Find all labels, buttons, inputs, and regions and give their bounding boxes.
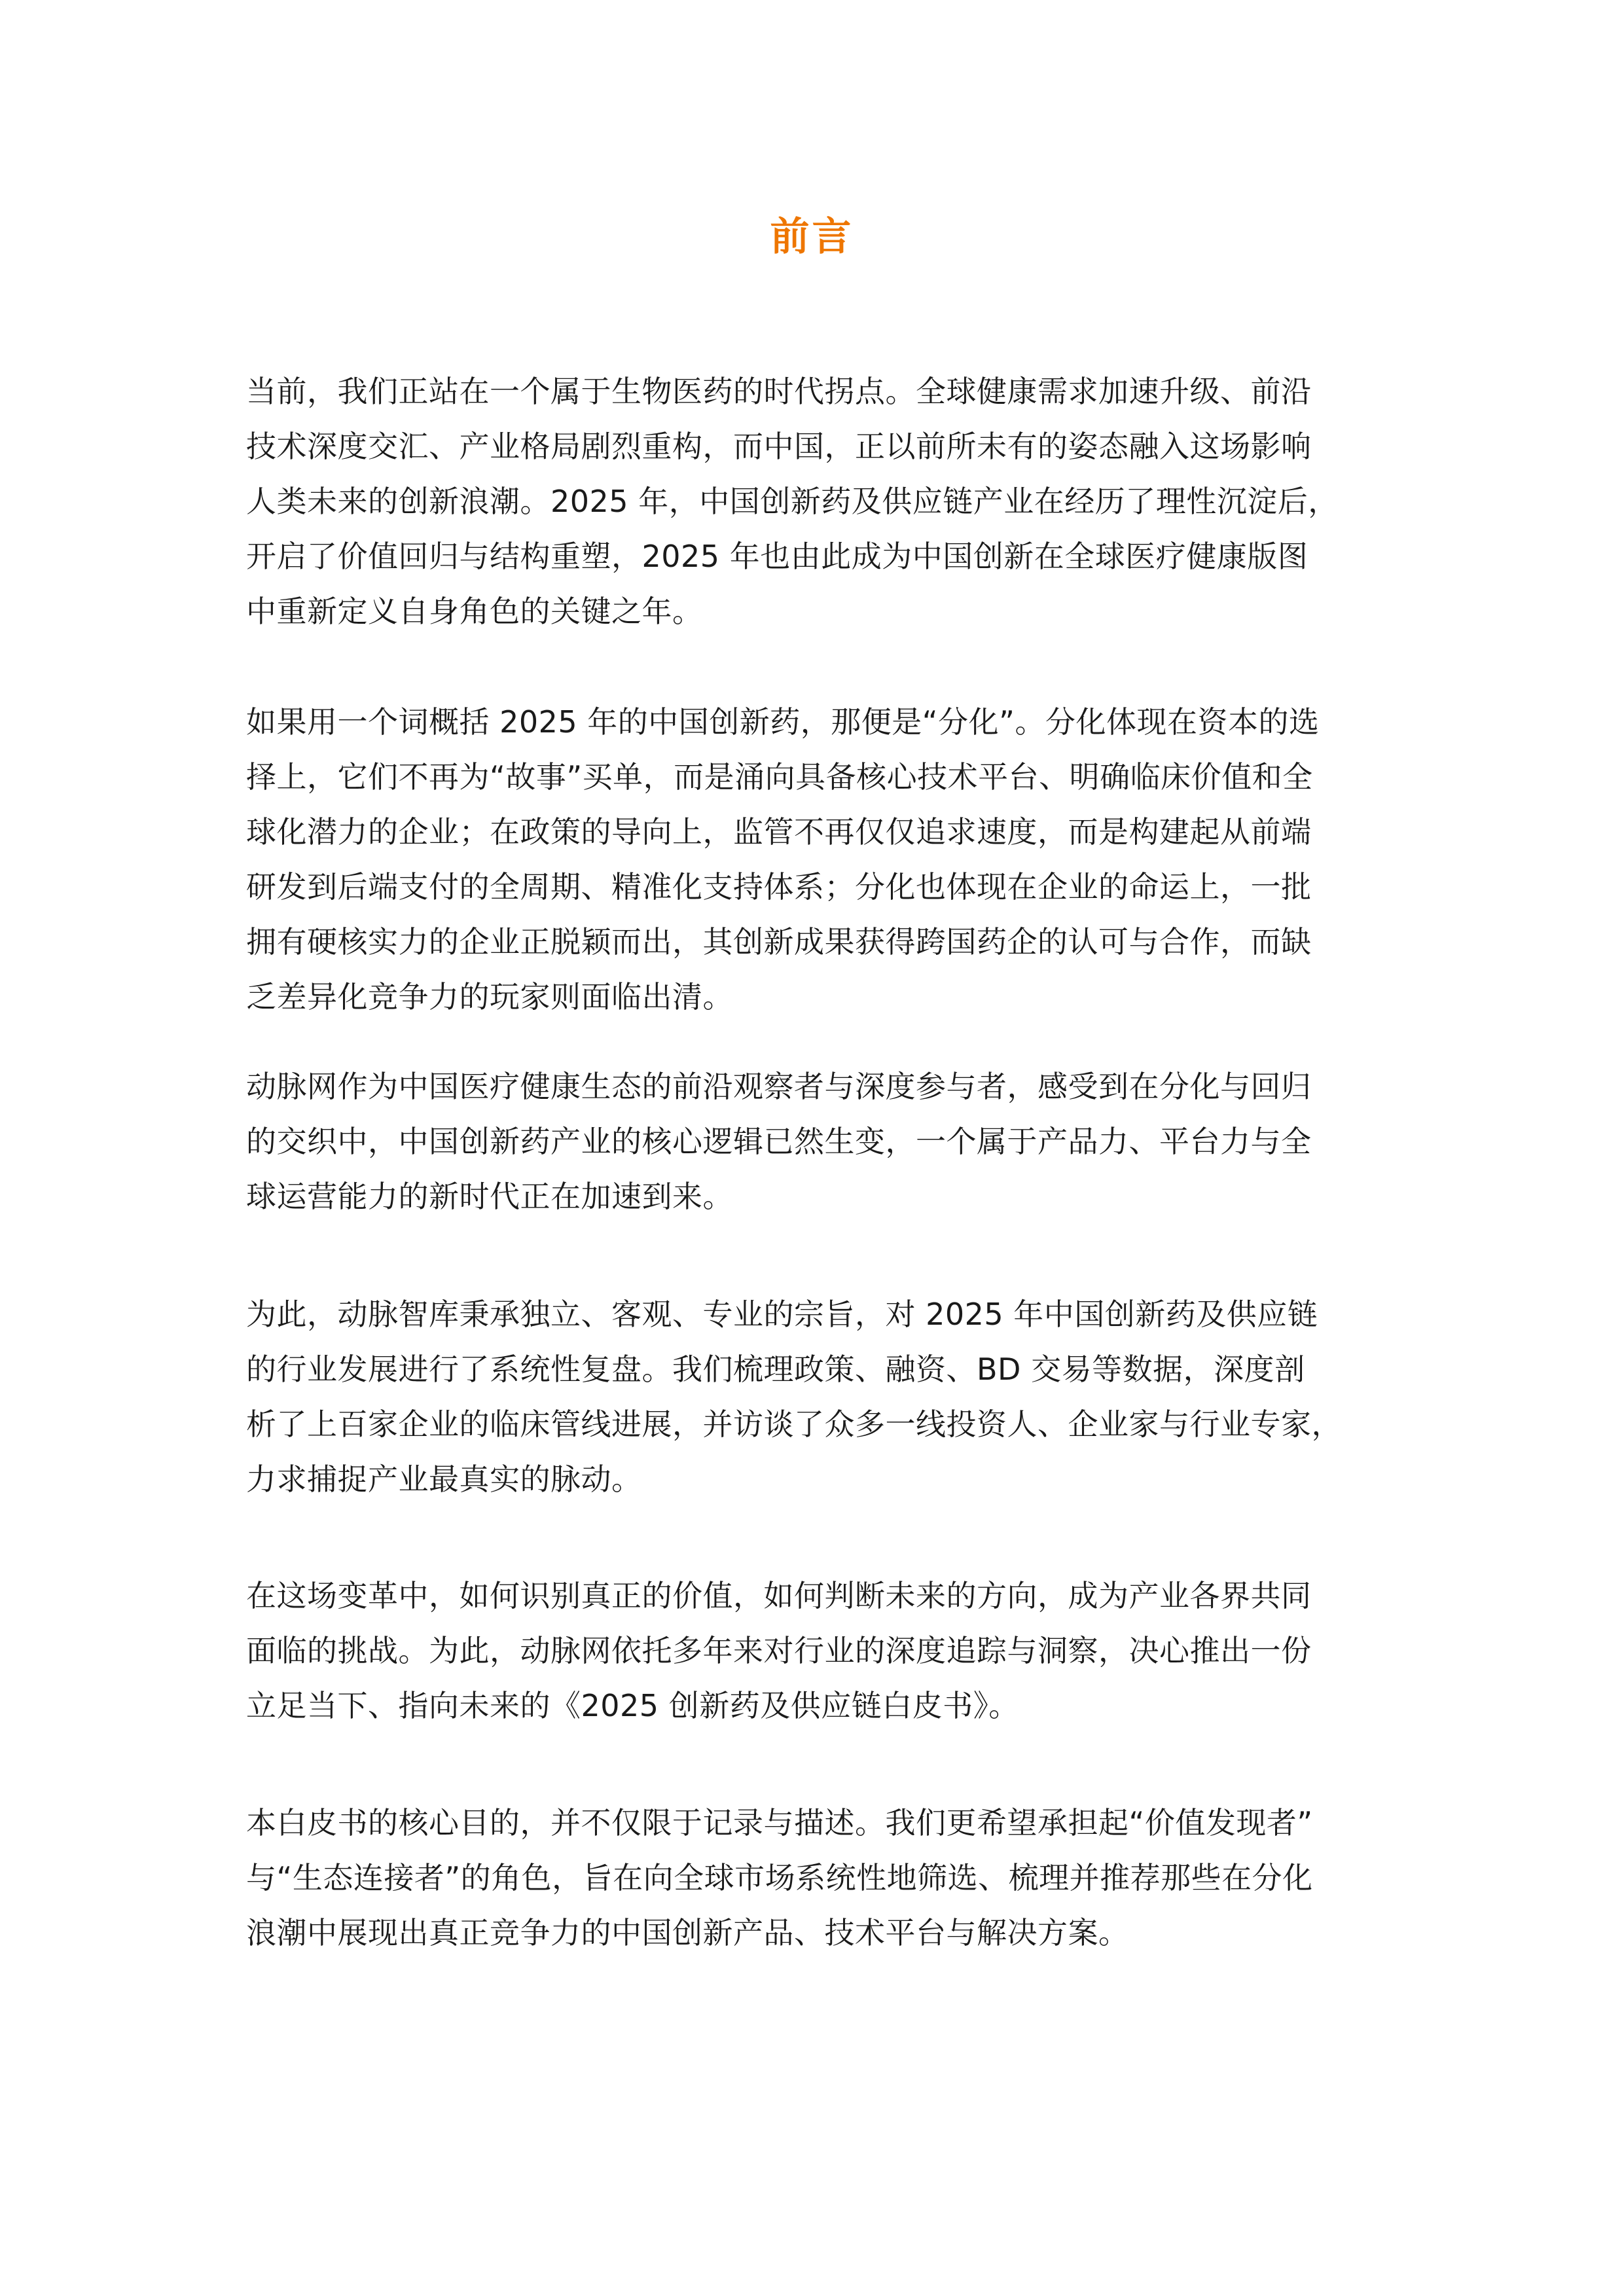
text-line: 立足当下、指向未来的《2025 创新药及供应链白皮书》。 — [246, 1678, 1385, 1733]
text-line: 乏差异化竞争力的玩家则面临出清。 — [246, 969, 1385, 1024]
paragraph-2: 如果用一个词概括 2025 年的中国创新药，那便是“分化”。分化体现在资本的选 … — [246, 694, 1385, 1024]
text-line: 择上，它们不再为“故事”买单，而是涌向具备核心技术平台、明确临床价值和全 — [246, 749, 1385, 804]
paragraph-4: 为此，动脉智库秉承独立、客观、专业的宗旨，对 2025 年中国创新药及供应链 的… — [246, 1287, 1385, 1507]
text-line: 与“生态连接者”的角色，旨在向全球市场系统性地筛选、梳理并推荐那些在分化 — [246, 1850, 1385, 1905]
text-line: 当前，我们正站在一个属于生物医药的时代拐点。全球健康需求加速升级、前沿 — [246, 364, 1385, 419]
text-line: 拥有硬核实力的企业正脱颖而出，其创新成果获得跨国药企的认可与合作，而缺 — [246, 914, 1385, 969]
text-line: 球运营能力的新时代正在加速到来。 — [246, 1169, 1385, 1224]
text-line: 为此，动脉智库秉承独立、客观、专业的宗旨，对 2025 年中国创新药及供应链 — [246, 1287, 1385, 1342]
paragraph-6: 本白皮书的核心目的，并不仅限于记录与描述。我们更希望承担起“价值发现者” 与“生… — [246, 1795, 1385, 1960]
text-line: 如果用一个词概括 2025 年的中国创新药，那便是“分化”。分化体现在资本的选 — [246, 694, 1385, 749]
paragraph-5: 在这场变革中，如何识别真正的价值，如何判断未来的方向，成为产业各界共同 面临的挑… — [246, 1568, 1385, 1733]
text-line: 技术深度交汇、产业格局剧烈重构，而中国，正以前所未有的姿态融入这场影响 — [246, 419, 1385, 474]
paragraph-1: 当前，我们正站在一个属于生物医药的时代拐点。全球健康需求加速升级、前沿 技术深度… — [246, 364, 1385, 639]
text-line: 中重新定义自身角色的关键之年。 — [246, 584, 1385, 639]
text-line: 在这场变革中，如何识别真正的价值，如何判断未来的方向，成为产业各界共同 — [246, 1568, 1385, 1623]
text-line: 的行业发展进行了系统性复盘。我们梳理政策、融资、BD 交易等数据，深度剖 — [246, 1342, 1385, 1397]
paragraph-3: 动脉网作为中国医疗健康生态的前沿观察者与深度参与者，感受到在分化与回归 的交织中… — [246, 1059, 1385, 1224]
text-line: 面临的挑战。为此，动脉网依托多年来对行业的深度追踪与洞察，决心推出一份 — [246, 1623, 1385, 1678]
text-line: 动脉网作为中国医疗健康生态的前沿观察者与深度参与者，感受到在分化与回归 — [246, 1059, 1385, 1114]
page-title: 前言 — [0, 211, 1624, 263]
text-line: 人类未来的创新浪潮。2025 年，中国创新药及供应链产业在经历了理性沉淀后， — [246, 474, 1385, 529]
text-line: 析了上百家企业的临床管线进展，并访谈了众多一线投资人、企业家与行业专家， — [246, 1397, 1385, 1452]
text-line: 开启了价值回归与结构重塑，2025 年也由此成为中国创新在全球医疗健康版图 — [246, 529, 1385, 584]
text-line: 研发到后端支付的全周期、精准化支持体系；分化也体现在企业的命运上，一批 — [246, 859, 1385, 914]
text-line: 浪潮中展现出真正竞争力的中国创新产品、技术平台与解决方案。 — [246, 1905, 1385, 1960]
text-line: 力求捕捉产业最真实的脉动。 — [246, 1452, 1385, 1507]
text-line: 的交织中，中国创新药产业的核心逻辑已然生变，一个属于产品力、平台力与全 — [246, 1114, 1385, 1169]
text-line: 球化潜力的企业；在政策的导向上，监管不再仅仅追求速度，而是构建起从前端 — [246, 804, 1385, 859]
text-line: 本白皮书的核心目的，并不仅限于记录与描述。我们更希望承担起“价值发现者” — [246, 1795, 1385, 1850]
